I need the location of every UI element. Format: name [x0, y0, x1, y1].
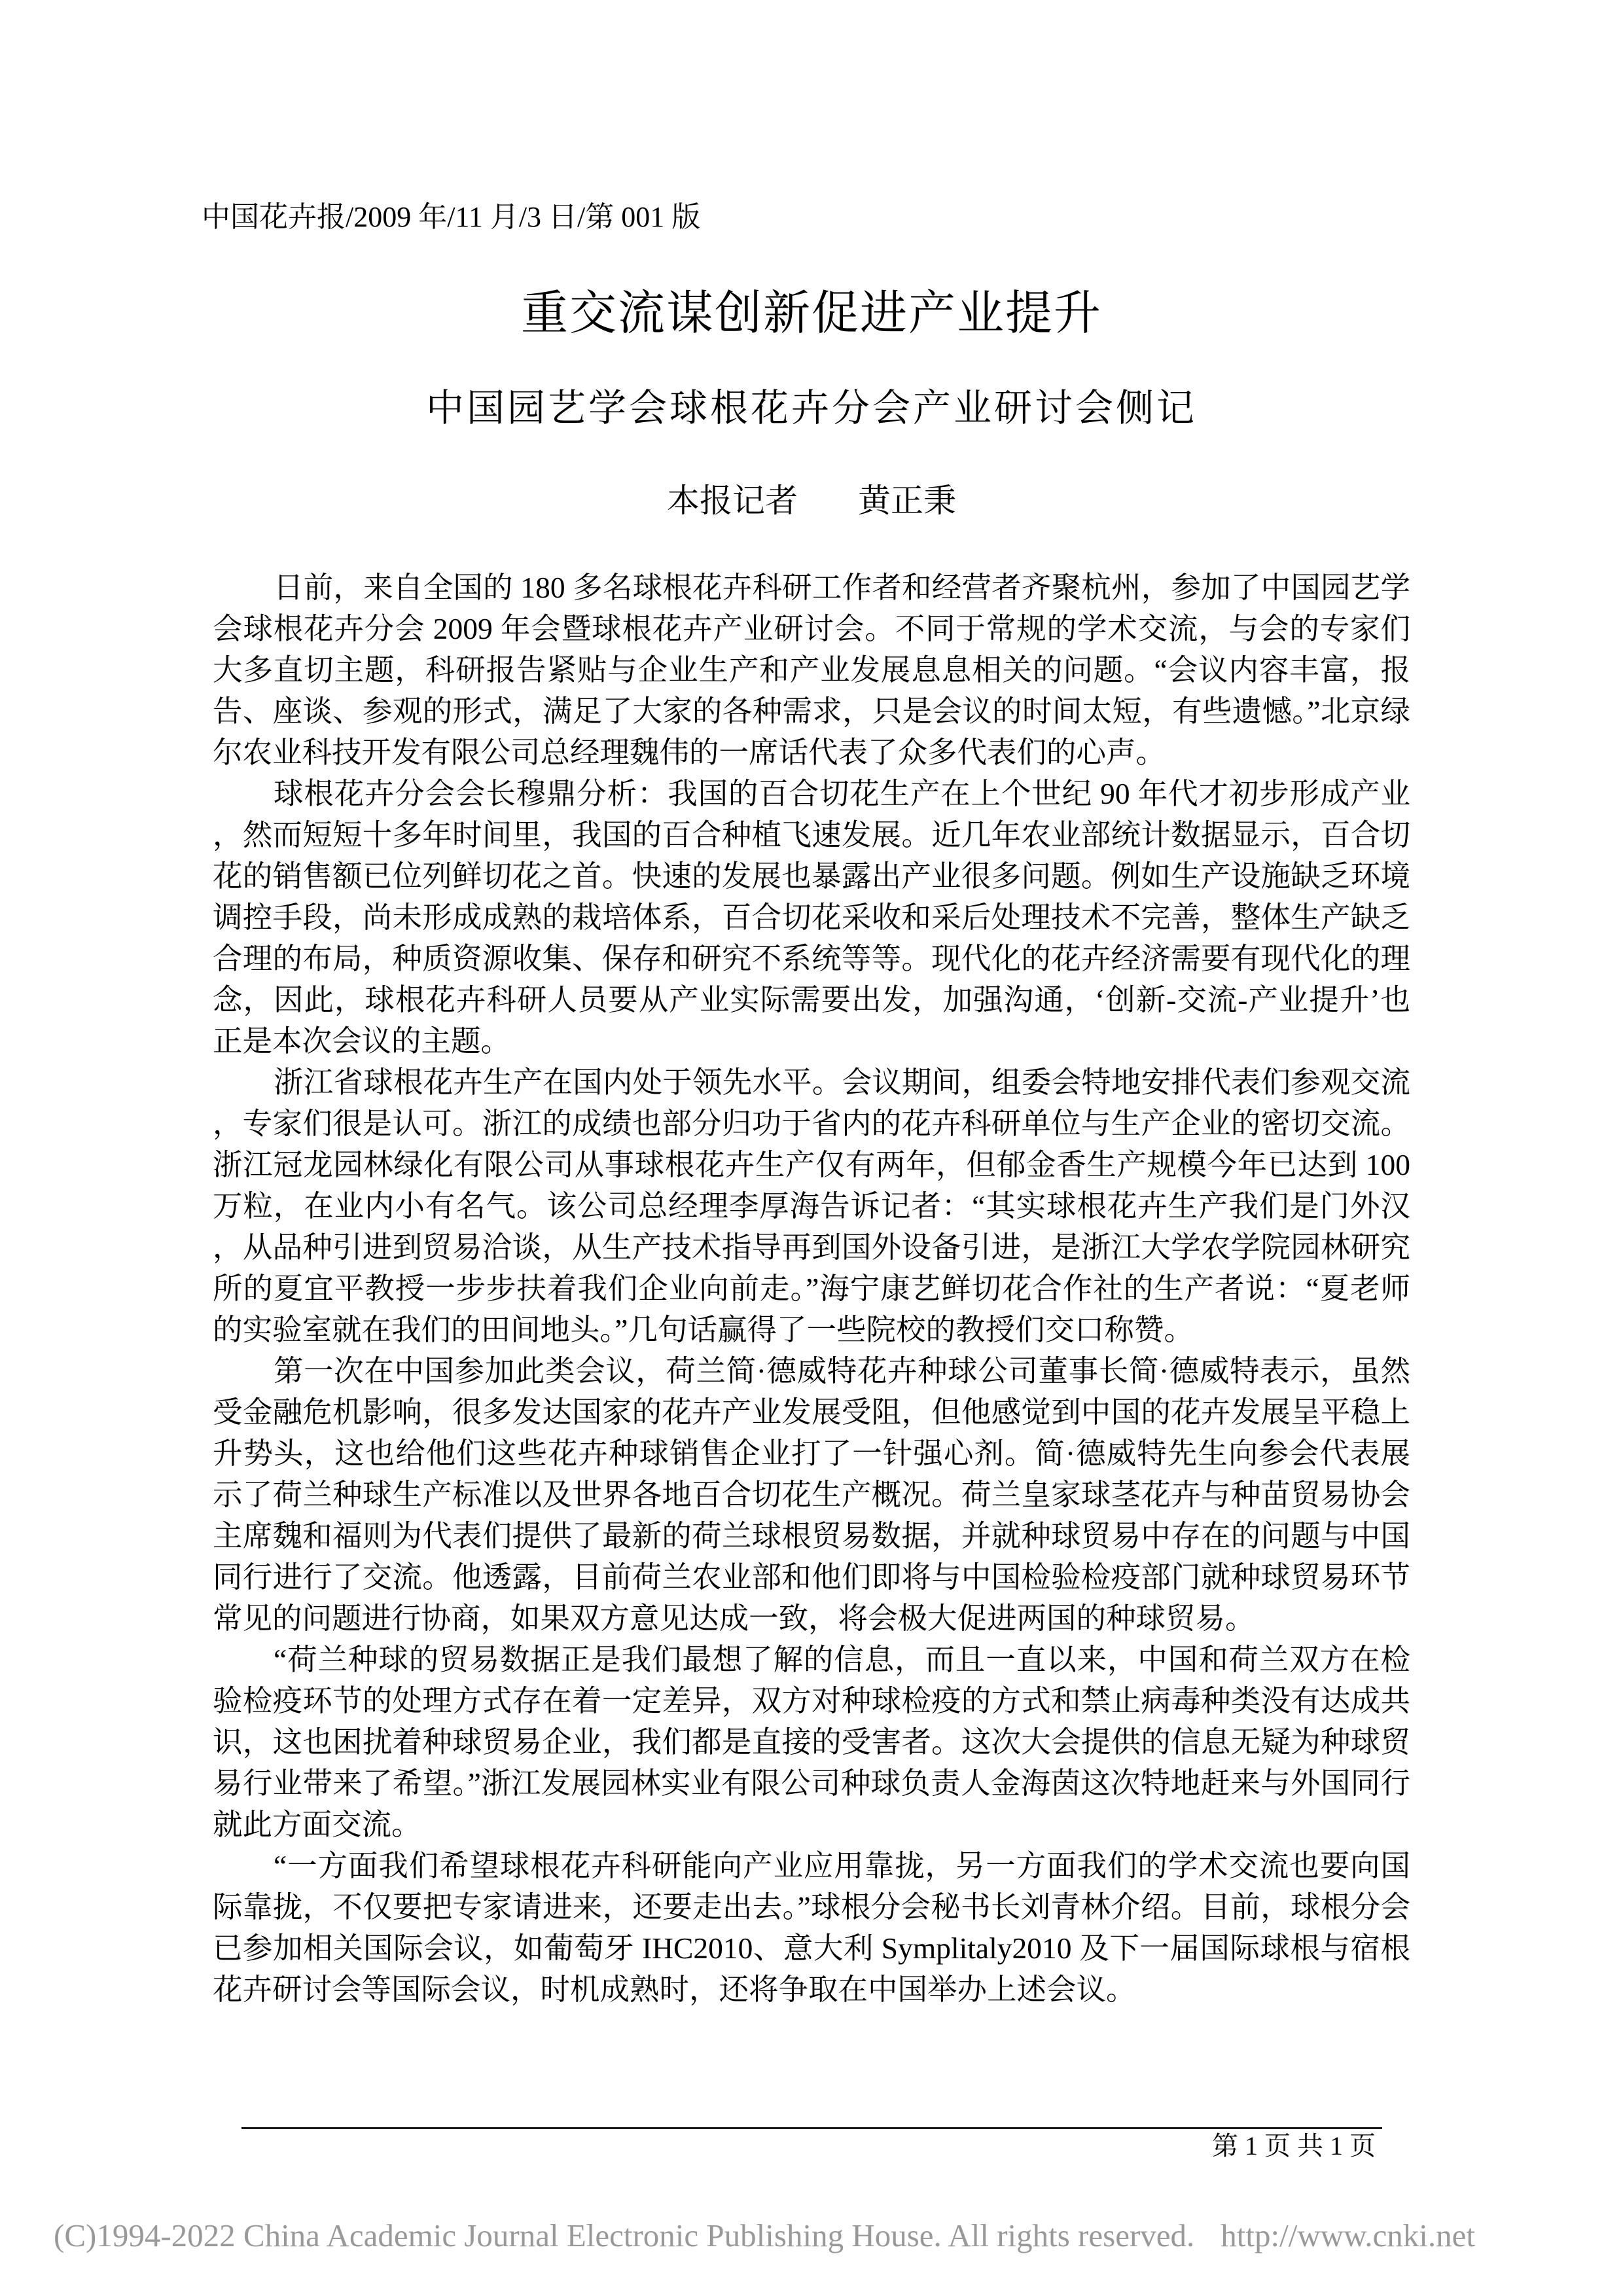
newspaper-source-line: 中国花卉报/2009 年/11 月/3 日/第 001 版 — [202, 199, 700, 236]
copyright-text: (C)1994-2022 China Academic Journal Elec… — [54, 2217, 1194, 2253]
paragraph-4: 第一次在中国参加此类会议，荷兰简·德威特花卉种球公司董事长简·德威特表示，虽然受… — [213, 1350, 1410, 1639]
paragraph-1: 日前，来自全国的 180 多名球根花卉科研工作者和经营者齐聚杭州，参加了中国园艺… — [213, 567, 1410, 773]
paragraph-3: 浙江省球根花卉生产在国内处于领先水平。会议期间，组委会特地安排代表们参观交流，专… — [213, 1062, 1410, 1350]
byline: 本报记者黄正秉 — [0, 480, 1623, 521]
byline-author: 黄正秉 — [858, 482, 956, 519]
paragraph-5: “荷兰种球的贸易数据正是我们最想了解的信息，而且一直以来，中国和荷兰双方在检验检… — [213, 1639, 1410, 1845]
copyright-notice: (C)1994-2022 China Academic Journal Elec… — [54, 2216, 1475, 2255]
article-title: 重交流谋创新促进产业提升 — [0, 285, 1623, 340]
cnki-link[interactable]: http://www.cnki.net — [1221, 2217, 1475, 2253]
footer-rule — [241, 2127, 1382, 2129]
page-count: 第 1 页 共 1 页 — [1212, 2130, 1376, 2162]
paragraph-2: 球根花卉分会会长穆鼎分析：我国的百合切花生产在上个世纪 90 年代才初步形成产业… — [213, 773, 1410, 1062]
byline-role: 本报记者 — [667, 482, 798, 519]
paragraph-6: “一方面我们希望球根花卉科研能向产业应用靠拢，另一方面我们的学术交流也要向国际靠… — [213, 1845, 1410, 2010]
article-subtitle: 中国园艺学会球根花卉分会产业研讨会侧记 — [0, 385, 1623, 431]
article-body: 日前，来自全国的 180 多名球根花卉科研工作者和经营者齐聚杭州，参加了中国园艺… — [213, 567, 1410, 2010]
